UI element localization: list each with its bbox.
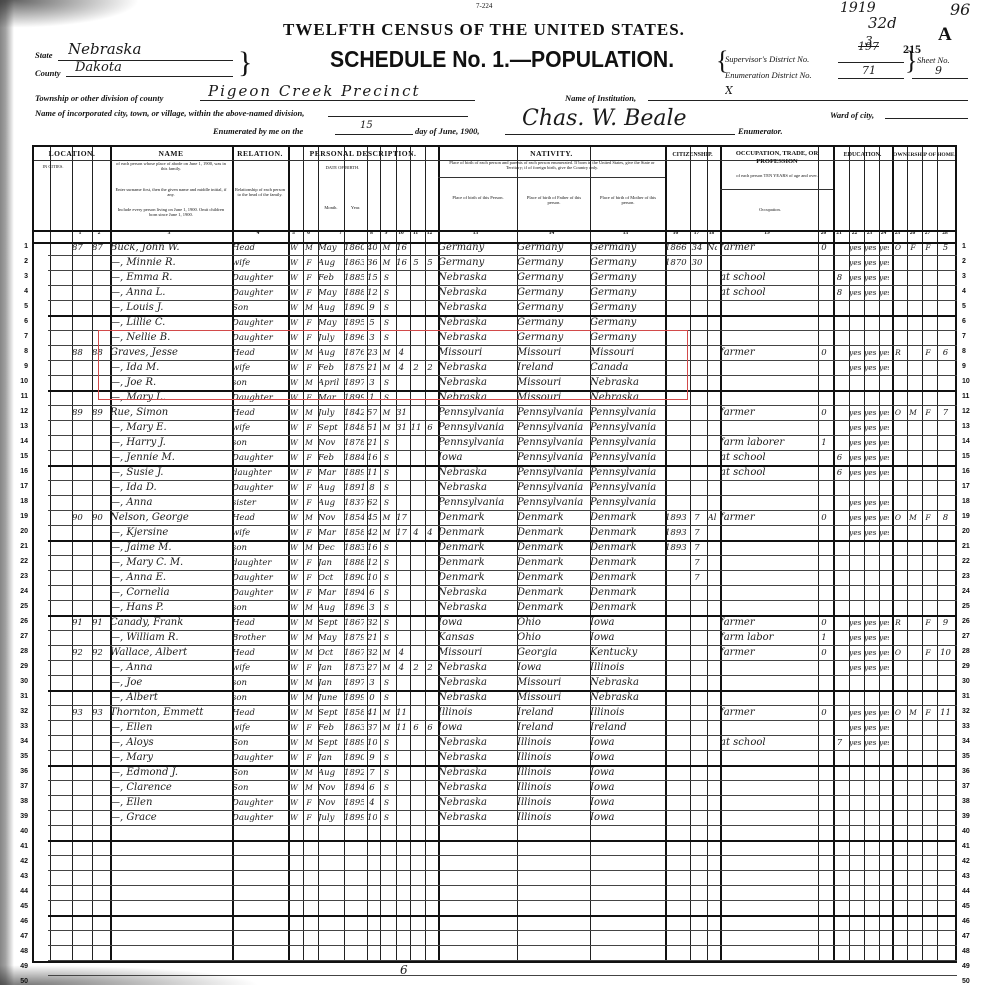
cell-occupation bbox=[720, 541, 815, 555]
cell-natur bbox=[707, 316, 717, 330]
cell-english bbox=[879, 796, 889, 810]
cell-living bbox=[425, 766, 435, 780]
cell-own bbox=[892, 466, 904, 480]
header-name: NAME bbox=[110, 150, 232, 158]
cell-year: 1879 bbox=[344, 631, 364, 645]
cell-name: —, Mary E. bbox=[110, 421, 229, 435]
cell-relation: wife bbox=[232, 526, 285, 540]
cell-marital: S bbox=[380, 436, 393, 450]
cell-english: yes bbox=[879, 421, 889, 435]
cell-birth: Denmark bbox=[438, 571, 514, 585]
cell-own: R bbox=[892, 346, 904, 360]
cell-yrs-married bbox=[396, 301, 407, 315]
cell-sex: F bbox=[303, 316, 315, 330]
cell-month: June bbox=[318, 691, 341, 705]
cell-farm: F bbox=[922, 241, 934, 255]
line-number-right: 28 bbox=[962, 648, 978, 655]
cell-sex: M bbox=[303, 706, 315, 720]
cell-name: Buck, John W. bbox=[110, 241, 229, 255]
header-nativity-sub: Place of birth of each person and parent… bbox=[442, 160, 662, 170]
cell-month: Jan bbox=[318, 751, 341, 765]
cell-living bbox=[425, 241, 435, 255]
cell-birth: Pennsylvania bbox=[438, 496, 514, 510]
cell-read: yes bbox=[849, 736, 861, 750]
cell-relation: Daughter bbox=[232, 751, 285, 765]
line-number-right: 27 bbox=[962, 633, 978, 640]
supervisor-line bbox=[838, 62, 904, 63]
cell-natur bbox=[707, 631, 717, 645]
cell-unemployed bbox=[818, 286, 830, 300]
cell-free bbox=[907, 631, 919, 645]
cell-own bbox=[892, 421, 904, 435]
cell-marital: S bbox=[380, 271, 393, 285]
cell-write: yes bbox=[864, 286, 876, 300]
cell-mother: Pennsylvania bbox=[590, 481, 662, 495]
cell-sex: F bbox=[303, 571, 315, 585]
cell-mother-of bbox=[410, 286, 422, 300]
cell-yrs-married: 16 bbox=[396, 241, 407, 255]
cell-own bbox=[892, 781, 904, 795]
cell-marital: S bbox=[380, 301, 393, 315]
cell-write: yes bbox=[864, 661, 876, 675]
cell-name: —, Anna bbox=[110, 661, 229, 675]
cell-year: 1894 bbox=[344, 586, 364, 600]
cell-sched bbox=[937, 256, 954, 270]
cell-own bbox=[892, 526, 904, 540]
cell-unemployed bbox=[818, 526, 830, 540]
cell-name: Rue, Simon bbox=[110, 406, 229, 420]
cell-farm bbox=[922, 526, 934, 540]
cell-mother-of bbox=[410, 556, 422, 570]
cell-write: yes bbox=[864, 241, 876, 255]
cell-school bbox=[833, 706, 846, 720]
cell-sex: M bbox=[303, 691, 315, 705]
cell-unemployed bbox=[818, 391, 830, 405]
header-year: Year. bbox=[344, 205, 367, 210]
cell-month: Jan bbox=[318, 556, 341, 570]
line-number: 6 bbox=[14, 318, 28, 325]
cell-english: yes bbox=[879, 436, 889, 450]
cell-free bbox=[907, 691, 919, 705]
line-number-right: 44 bbox=[962, 888, 978, 895]
cell-sched bbox=[937, 661, 954, 675]
cell-dwelling bbox=[72, 301, 89, 315]
line-number-right: 4 bbox=[962, 288, 978, 295]
cell-living bbox=[425, 286, 435, 300]
cell-yrs-married bbox=[396, 601, 407, 615]
cell-mother-of bbox=[410, 316, 422, 330]
cell-father: Denmark bbox=[517, 526, 587, 540]
cell-free bbox=[907, 646, 919, 660]
cell-name: —, Harry J. bbox=[110, 436, 229, 450]
enumeration-value: 71 bbox=[862, 64, 876, 77]
cell-month: Oct bbox=[318, 646, 341, 660]
cell-own: O bbox=[892, 706, 904, 720]
column-number: 6 bbox=[301, 230, 316, 236]
cell-write bbox=[864, 331, 876, 345]
cell-mother-of bbox=[410, 466, 422, 480]
cell-unemployed bbox=[818, 571, 830, 585]
line-number: 33 bbox=[14, 723, 28, 730]
cell-unemployed bbox=[818, 691, 830, 705]
cell-sex: F bbox=[303, 256, 315, 270]
line-number: 26 bbox=[14, 618, 28, 625]
cell-family bbox=[92, 541, 107, 555]
cell-mother-of bbox=[410, 796, 422, 810]
line-number-right: 13 bbox=[962, 423, 978, 430]
enumerator-signature: Chas. W. Beale bbox=[522, 106, 687, 131]
cell-occupation bbox=[720, 676, 815, 690]
cell-age: 32 bbox=[367, 616, 377, 630]
cell-father: Pennsylvania bbox=[517, 466, 587, 480]
cell-marital: M bbox=[380, 421, 393, 435]
line-number-right: 45 bbox=[962, 903, 978, 910]
line-number: 27 bbox=[14, 633, 28, 640]
cell-month: Jan bbox=[318, 661, 341, 675]
cell-unemployed bbox=[818, 256, 830, 270]
cell-name: —, William R. bbox=[110, 631, 229, 645]
cell-own bbox=[892, 436, 904, 450]
sheet-value: 9 bbox=[935, 64, 942, 77]
line-number-right: 47 bbox=[962, 933, 978, 940]
cell-write: yes bbox=[864, 361, 876, 375]
cell-unemployed: 0 bbox=[818, 406, 830, 420]
cell-sched bbox=[937, 481, 954, 495]
cell-yrs-us bbox=[690, 691, 704, 705]
cell-unemployed: 1 bbox=[818, 631, 830, 645]
cell-mother: Germany bbox=[590, 271, 662, 285]
cell-relation: Daughter bbox=[232, 481, 285, 495]
header-month: Month. bbox=[318, 205, 344, 210]
cell-own bbox=[892, 271, 904, 285]
cell-natur bbox=[707, 541, 717, 555]
cell-birth: Missouri bbox=[438, 646, 514, 660]
cell-dwelling bbox=[72, 481, 89, 495]
line-number: 35 bbox=[14, 753, 28, 760]
cell-mother-of bbox=[410, 751, 422, 765]
cell-yrs-us bbox=[690, 766, 704, 780]
header-location: LOCATION. bbox=[34, 150, 110, 158]
cell-dwelling bbox=[72, 391, 89, 405]
cell-relation: Head bbox=[232, 646, 285, 660]
cell-english bbox=[879, 811, 889, 825]
cell-mother: Germany bbox=[590, 316, 662, 330]
line-number-right: 22 bbox=[962, 558, 978, 565]
township-label: Township or other division of county bbox=[35, 93, 163, 103]
cell-yrs-married bbox=[396, 316, 407, 330]
cell-sex: F bbox=[303, 271, 315, 285]
line-number-right: 17 bbox=[962, 483, 978, 490]
cell-age: 10/12 bbox=[367, 811, 377, 825]
cell-school: 7 bbox=[833, 736, 846, 750]
cell-write bbox=[864, 316, 876, 330]
cell-marital: S bbox=[380, 571, 393, 585]
cell-year: 1890 bbox=[344, 751, 364, 765]
cell-family bbox=[92, 631, 107, 645]
cell-age: 10 bbox=[367, 571, 377, 585]
cell-unemployed bbox=[818, 301, 830, 315]
cell-dwelling: 92 bbox=[72, 646, 89, 660]
cell-living bbox=[425, 646, 435, 660]
cell-free bbox=[907, 256, 919, 270]
cell-free bbox=[907, 301, 919, 315]
cell-year: 1894 bbox=[344, 781, 364, 795]
cell-immig bbox=[665, 301, 687, 315]
cell-name: —, Anna E. bbox=[110, 571, 229, 585]
column-number: 26 bbox=[905, 230, 920, 236]
cell-family bbox=[92, 751, 107, 765]
cell-age: 5 bbox=[367, 316, 377, 330]
enumerated-day: 15 bbox=[360, 120, 373, 131]
cell-yrs-married bbox=[396, 691, 407, 705]
cell-english bbox=[879, 781, 889, 795]
cell-year: 1858 bbox=[344, 706, 364, 720]
cell-birth: Nebraska bbox=[438, 661, 514, 675]
cell-relation: Daughter bbox=[232, 796, 285, 810]
cell-birth: Nebraska bbox=[438, 301, 514, 315]
city-label: Name of incorporated city, town, or vill… bbox=[35, 108, 304, 118]
cell-write bbox=[864, 481, 876, 495]
cell-free bbox=[907, 541, 919, 555]
cell-relation: Daughter bbox=[232, 451, 285, 465]
cell-immig bbox=[665, 691, 687, 705]
line-number-right: 32 bbox=[962, 708, 978, 715]
cell-age: 11 bbox=[367, 466, 377, 480]
line-number-right: 40 bbox=[962, 828, 978, 835]
cell-school bbox=[833, 646, 846, 660]
cell-marital: S bbox=[380, 496, 393, 510]
header-relation-sub: Relationship of each person to the head … bbox=[234, 187, 286, 197]
cell-free bbox=[907, 481, 919, 495]
cell-mother-of bbox=[410, 706, 422, 720]
cell-natur: Al bbox=[707, 511, 717, 525]
cell-english: yes bbox=[879, 361, 889, 375]
cell-write bbox=[864, 376, 876, 390]
row-rule bbox=[48, 960, 957, 961]
cell-natur bbox=[707, 661, 717, 675]
cell-unemployed: 0 bbox=[818, 646, 830, 660]
cell-sex: F bbox=[303, 526, 315, 540]
cell-own bbox=[892, 331, 904, 345]
cell-year: 1858 bbox=[344, 526, 364, 540]
cell-mother-of bbox=[410, 646, 422, 660]
cell-sched bbox=[937, 676, 954, 690]
cell-marital: S bbox=[380, 631, 393, 645]
cell-marital: S bbox=[380, 466, 393, 480]
cell-sched bbox=[937, 541, 954, 555]
cell-sex: M bbox=[303, 631, 315, 645]
enumerated-label: Enumerated by me on the bbox=[213, 126, 303, 136]
cell-school bbox=[833, 241, 846, 255]
line-number: 34 bbox=[14, 738, 28, 745]
cell-age: 32 bbox=[367, 646, 377, 660]
cell-unemployed bbox=[818, 451, 830, 465]
cell-natur bbox=[707, 301, 717, 315]
cell-natur bbox=[707, 406, 717, 420]
cell-relation: Head bbox=[232, 511, 285, 525]
cell-unemployed bbox=[818, 481, 830, 495]
cell-color: W bbox=[288, 601, 300, 615]
cell-mother: Germany bbox=[590, 256, 662, 270]
cell-marital: S bbox=[380, 796, 393, 810]
cell-dwelling: 88 bbox=[72, 346, 89, 360]
cell-immig bbox=[665, 796, 687, 810]
cell-living: 5 bbox=[425, 256, 435, 270]
cell-read bbox=[849, 541, 861, 555]
cell-age: 8 bbox=[367, 481, 377, 495]
cell-month: Aug bbox=[318, 496, 341, 510]
cell-sex: F bbox=[303, 421, 315, 435]
cell-yrs-married bbox=[396, 811, 407, 825]
cell-unemployed: 0 bbox=[818, 616, 830, 630]
cell-mother-of: 2 bbox=[410, 661, 422, 675]
cell-natur bbox=[707, 526, 717, 540]
state-value: Nebraska bbox=[68, 40, 141, 58]
cell-mother: Illinois bbox=[590, 706, 662, 720]
cell-occupation: farm labor bbox=[720, 631, 815, 645]
line-number-right: 11 bbox=[962, 393, 978, 400]
cell-mother-of: 6 bbox=[410, 721, 422, 735]
cell-occupation bbox=[720, 361, 815, 375]
cell-occupation bbox=[720, 481, 815, 495]
cell-free bbox=[907, 811, 919, 825]
cell-own bbox=[892, 451, 904, 465]
line-number: 4 bbox=[14, 288, 28, 295]
cell-school bbox=[833, 766, 846, 780]
cell-month: Mar bbox=[318, 586, 341, 600]
line-number-right: 23 bbox=[962, 573, 978, 580]
cell-own bbox=[892, 676, 904, 690]
cell-relation: Daughter bbox=[232, 316, 285, 330]
cell-natur bbox=[707, 586, 717, 600]
cell-immig: 1870 bbox=[665, 256, 687, 270]
cell-natur bbox=[707, 781, 717, 795]
cell-name: —, Susie J. bbox=[110, 466, 229, 480]
cell-year: 1891 bbox=[344, 481, 364, 495]
cell-free bbox=[907, 661, 919, 675]
cell-farm bbox=[922, 361, 934, 375]
cell-sched bbox=[937, 556, 954, 570]
cell-occupation: farmer bbox=[720, 346, 815, 360]
cell-own bbox=[892, 361, 904, 375]
cell-mother: Illinois bbox=[590, 661, 662, 675]
cell-read: yes bbox=[849, 706, 861, 720]
cell-name: —, Minnie R. bbox=[110, 256, 229, 270]
cell-farm bbox=[922, 256, 934, 270]
cell-age: 0 bbox=[367, 691, 377, 705]
cell-father: Pennsylvania bbox=[517, 421, 587, 435]
cell-relation: Head bbox=[232, 406, 285, 420]
cell-unemployed: 0 bbox=[818, 241, 830, 255]
cell-occupation bbox=[720, 316, 815, 330]
cell-occupation: at school bbox=[720, 451, 815, 465]
cell-sex: F bbox=[303, 811, 315, 825]
cell-family bbox=[92, 451, 107, 465]
cell-sex: F bbox=[303, 286, 315, 300]
township-line bbox=[200, 100, 475, 101]
cell-month: Aug bbox=[318, 301, 341, 315]
cell-occupation: farmer bbox=[720, 241, 815, 255]
cell-age: 7 bbox=[367, 766, 377, 780]
line-number: 24 bbox=[14, 588, 28, 595]
cell-color: W bbox=[288, 271, 300, 285]
cell-dwelling bbox=[72, 376, 89, 390]
cell-occupation bbox=[720, 691, 815, 705]
line-number: 49 bbox=[14, 963, 28, 970]
cell-yrs-us bbox=[690, 346, 704, 360]
cell-dwelling bbox=[72, 751, 89, 765]
cell-mother-of bbox=[410, 616, 422, 630]
cell-write: yes bbox=[864, 496, 876, 510]
cell-yrs-married bbox=[396, 496, 407, 510]
cell-marital: M bbox=[380, 511, 393, 525]
cell-occupation bbox=[720, 601, 815, 615]
cell-father: Denmark bbox=[517, 511, 587, 525]
cell-occupation bbox=[720, 256, 815, 270]
cell-year: 1889 bbox=[344, 466, 364, 480]
header-name-sub1: of each person whose place of abode on J… bbox=[114, 161, 228, 171]
cell-living bbox=[425, 301, 435, 315]
cell-month: Nov bbox=[318, 796, 341, 810]
cell-yrs-us bbox=[690, 271, 704, 285]
cell-birth: Nebraska bbox=[438, 766, 514, 780]
cell-immig bbox=[665, 631, 687, 645]
cell-month: Mar bbox=[318, 466, 341, 480]
cell-english: yes bbox=[879, 511, 889, 525]
cell-age: 45 bbox=[367, 511, 377, 525]
cell-color: W bbox=[288, 631, 300, 645]
cell-read bbox=[849, 556, 861, 570]
cell-immig bbox=[665, 571, 687, 585]
cell-month: May bbox=[318, 241, 341, 255]
cell-dwelling bbox=[72, 811, 89, 825]
cell-sex: M bbox=[303, 436, 315, 450]
cell-own bbox=[892, 586, 904, 600]
cell-farm bbox=[922, 691, 934, 705]
cell-immig: 1893 bbox=[665, 541, 687, 555]
cell-english: yes bbox=[879, 346, 889, 360]
cell-occupation bbox=[720, 496, 815, 510]
cell-farm bbox=[922, 586, 934, 600]
cell-relation: Son bbox=[232, 781, 285, 795]
cell-free bbox=[907, 781, 919, 795]
line-number-right: 15 bbox=[962, 453, 978, 460]
cell-sched bbox=[937, 436, 954, 450]
line-number-right: 42 bbox=[962, 858, 978, 865]
cell-write bbox=[864, 796, 876, 810]
cell-occupation bbox=[720, 391, 815, 405]
cell-color: W bbox=[288, 646, 300, 660]
cell-year: 1873 bbox=[344, 661, 364, 675]
cell-relation: Son bbox=[232, 766, 285, 780]
cell-occupation: at school bbox=[720, 271, 815, 285]
cell-sex: M bbox=[303, 781, 315, 795]
cell-occupation bbox=[720, 421, 815, 435]
cell-yrs-married bbox=[396, 676, 407, 690]
cell-birth: Nebraska bbox=[438, 796, 514, 810]
cell-yrs-married bbox=[396, 466, 407, 480]
cell-yrs-us bbox=[690, 466, 704, 480]
cell-english: yes bbox=[879, 466, 889, 480]
cell-write: yes bbox=[864, 526, 876, 540]
cell-english bbox=[879, 556, 889, 570]
cell-yrs-married: 11 bbox=[396, 706, 407, 720]
cell-natur bbox=[707, 421, 717, 435]
cell-yrs-us: 34 bbox=[690, 241, 704, 255]
cell-immig bbox=[665, 811, 687, 825]
cell-living bbox=[425, 586, 435, 600]
cell-occupation bbox=[720, 301, 815, 315]
